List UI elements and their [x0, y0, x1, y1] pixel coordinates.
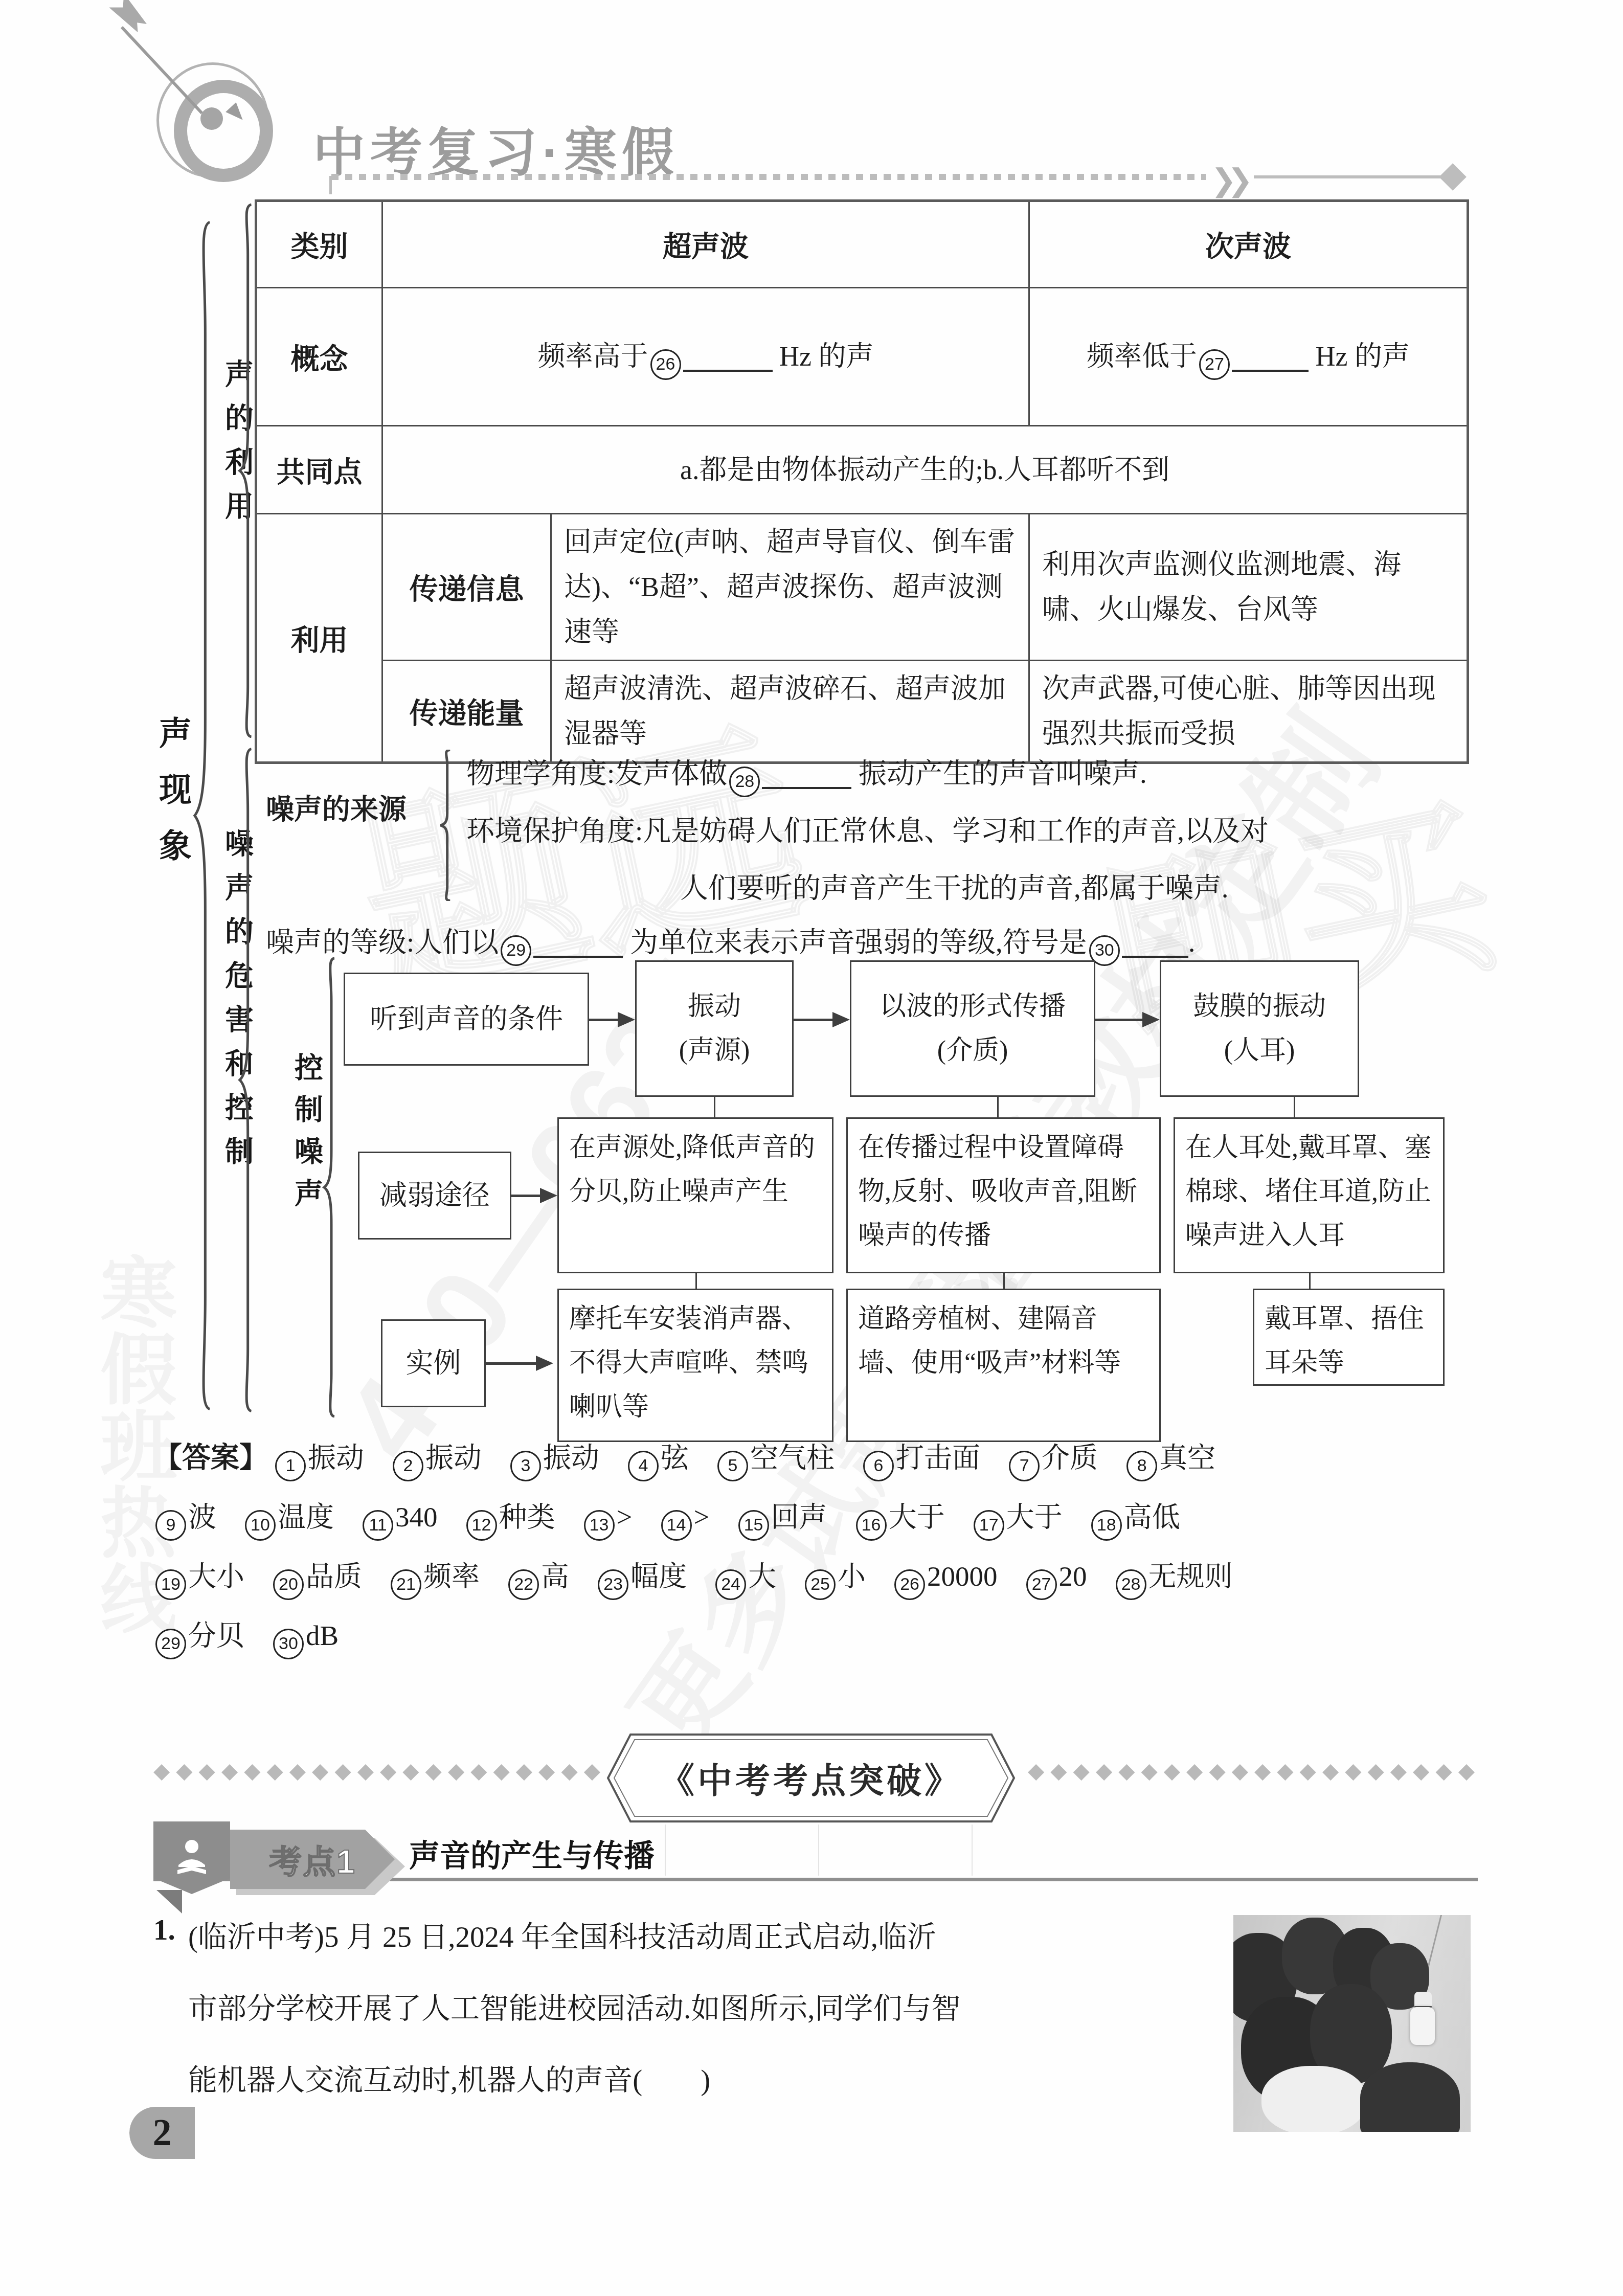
flow-arrow-line — [1095, 1019, 1146, 1021]
header-ultrasound: 超声波 — [382, 201, 1029, 288]
outline-root-brace — [190, 220, 213, 1411]
answer-item: 7介质 — [1007, 1442, 1098, 1473]
row-label-common: 共同点 — [256, 426, 382, 514]
flow-connector — [1309, 1273, 1311, 1289]
flow-wave-box: 以波的形式传播 (介质) — [850, 960, 1095, 1097]
noise-env-line2: 人们要听的声音产生干扰的声音,都属于噪声. — [680, 865, 1229, 906]
answer-item: 20品质 — [271, 1561, 362, 1592]
section-banner: 《 中考考点突破 》 — [606, 1732, 1016, 1824]
answer-item: 8真空 — [1124, 1442, 1215, 1473]
flow-at-source-box: 在声源处,降低声音的分贝,防止噪声产生 — [557, 1117, 833, 1273]
vibration-text: 振动 — [688, 985, 741, 1029]
header-infrasound: 次声波 — [1029, 201, 1468, 288]
flow-connector — [714, 1097, 715, 1117]
banner-right-mark: 》 — [925, 1753, 962, 1803]
label-transmit-energy: 传递能量 — [382, 661, 551, 763]
use-energy-infrasound-cell: 次声武器,可使心脏、肺等因出现强烈共振而受损 — [1029, 661, 1468, 763]
flow-arrowhead-icon — [540, 1188, 557, 1203]
workbook-page: 寒假班热线 400—0635 更多试题请看 志远教材定制 题远 即买 中考复习·… — [0, 0, 1623, 2296]
answers-line-1: 【答案】1振动2振动3振动4弦5空气柱6打击面7介质8真空 — [153, 1435, 1242, 1481]
row-label-use: 利用 — [256, 514, 382, 763]
flow-arrowhead-icon — [618, 1012, 635, 1027]
answer-item: 15回声 — [736, 1501, 827, 1533]
concept-infrasound-cell: 频率低于27 Hz 的声 — [1029, 288, 1468, 426]
concept-ultra-post: Hz 的声 — [779, 341, 873, 372]
use-info-ultrasound-cell: 回声定位(声呐、超声导盲仪、倒车雷达)、“B超”、超声波探伤、超声波测速等 — [551, 514, 1029, 661]
flow-weaken-box: 减弱途径 — [358, 1152, 511, 1240]
answer-item: 23幅度 — [596, 1561, 687, 1592]
banner-left-mark: 《 — [660, 1753, 697, 1803]
physics-pre: 物理学角度:发声体做 — [466, 758, 727, 789]
banner-diamonds-left: ◆◆◆◆◆◆◆◆◆◆◆◆◆◆◆◆◆◆◆◆◆◆◆ — [153, 1758, 603, 1783]
control-noise-brace — [321, 957, 336, 1417]
concept-infra-post: Hz 的声 — [1316, 341, 1410, 372]
photo-foreground-head — [1360, 2062, 1460, 2132]
answers-label: 【答案】 — [153, 1441, 268, 1473]
flow-example-box: 实例 — [381, 1319, 486, 1407]
flow-example-path-box: 道路旁植树、建隔音墙、使用“吸声”材料等 — [846, 1289, 1161, 1442]
flow-arrowhead-icon — [536, 1356, 553, 1371]
header-category: 类别 — [256, 201, 382, 288]
table-row: 利用 传递信息 回声定位(声呐、超声导盲仪、倒车雷达)、“B超”、超声波探伤、超… — [256, 514, 1468, 661]
circled-26: 26 — [650, 349, 681, 380]
flow-arrow-line — [486, 1362, 540, 1365]
question-line-3: 能机器人交流互动时,机器人的声音( ) — [188, 2057, 710, 2099]
header-chevrons-icon: ❯❯ — [1211, 163, 1244, 198]
faint-column-line — [818, 1825, 819, 1876]
flow-connector — [997, 1097, 999, 1117]
answer-item: 2振动 — [391, 1442, 482, 1473]
answer-item: 12种类 — [464, 1501, 555, 1533]
kaodian-badge-fold — [156, 1890, 182, 1914]
page-number-badge: 2 — [129, 2107, 195, 2159]
noise-harm-brace — [236, 748, 254, 1412]
answer-item: 4弦 — [626, 1442, 689, 1473]
concept-ultrasound-cell: 频率高于26 Hz 的声 — [382, 288, 1029, 426]
faint-column-line — [665, 1825, 666, 1876]
flow-arrowhead-icon — [1142, 1012, 1160, 1027]
eardrum-sub: (人耳) — [1224, 1029, 1295, 1073]
answer-item: 11340 — [360, 1501, 438, 1533]
answer-item: 3振动 — [508, 1442, 599, 1473]
question-line-1: (临沂中考)5 月 25 日,2024 年全国科技活动周正式启动,临沂 — [188, 1914, 936, 1955]
flow-at-ear-box: 在人耳处,戴耳罩、塞棉球、堵住耳道,防止噪声进入人耳 — [1174, 1117, 1445, 1273]
concept-ultra-pre: 频率高于 — [538, 341, 648, 372]
answer-item: 2620000 — [892, 1561, 998, 1592]
fill-blank — [1122, 951, 1188, 958]
target-middle-ring-icon — [174, 80, 273, 182]
banner-title-wrap: 《 中考考点突破 》 — [606, 1732, 1016, 1824]
table-row: 共同点 a.都是由物体振动产生的;b.人耳都听不到 — [256, 426, 1468, 514]
answer-item: 13> — [582, 1501, 633, 1533]
answer-item: 10温度 — [243, 1501, 334, 1533]
flow-example-ear-box: 戴耳罩、捂住耳朵等 — [1253, 1289, 1445, 1386]
noise-source-label: 噪声的来源 — [266, 786, 407, 827]
answer-item: 9波 — [153, 1501, 216, 1533]
header-dotted-rule — [331, 174, 1206, 180]
kaodian-title: 声音的产生与传播 — [409, 1832, 655, 1876]
answer-item: 2720 — [1024, 1561, 1087, 1592]
flow-connector — [1003, 1273, 1005, 1289]
level-end: . — [1188, 927, 1196, 958]
table-row: 概念 频率高于26 Hz 的声 频率低于27 Hz 的声 — [256, 288, 1468, 426]
answer-item: 28无规则 — [1114, 1561, 1233, 1592]
flow-connector — [1294, 1097, 1295, 1117]
vibration-sub: (声源) — [679, 1029, 750, 1073]
header-diamond-icon — [1439, 163, 1467, 191]
answer-item: 25小 — [803, 1561, 866, 1592]
label-transmit-info: 传递信息 — [382, 514, 551, 661]
fill-blank — [762, 782, 851, 789]
level-mid: 为单位来表示声音强弱的等级,符号是 — [630, 927, 1087, 958]
flow-example-source-box: 摩托车安装消声器、不得大声喧哗、禁鸣喇叭等 — [557, 1289, 833, 1442]
question-line-2: 市部分学校开展了人工智能进校园活动.如图所示,同学们与智 — [188, 1985, 961, 2027]
circled-29: 29 — [501, 935, 531, 966]
circled-28: 28 — [729, 767, 760, 797]
fill-blank — [683, 365, 773, 372]
noise-env-line1: 环境保护角度:凡是妨碍人们正常休息、学习和工作的声音,以及对 — [466, 808, 1269, 848]
wave-sub: (介质) — [937, 1029, 1008, 1073]
banner-title: 中考考点突破 — [697, 1753, 925, 1803]
answer-item: 21频率 — [389, 1561, 480, 1592]
wave-text: 以波的形式传播 — [880, 985, 1066, 1029]
target-dart-icon — [151, 57, 272, 180]
concept-infra-pre: 频率低于 — [1087, 341, 1197, 372]
flow-eardrum-box: 鼓膜的振动 (人耳) — [1160, 960, 1359, 1097]
page-number: 2 — [153, 2111, 172, 2155]
outline-root-label: 声现象 — [149, 716, 196, 885]
answer-item: 5空气柱 — [715, 1442, 835, 1473]
eardrum-text: 鼓膜的振动 — [1193, 985, 1326, 1029]
answer-item: 18高低 — [1089, 1501, 1180, 1533]
answers-line-4: 29分贝30dB — [153, 1613, 365, 1659]
flow-hearing-condition-box: 听到声音的条件 — [344, 973, 589, 1066]
use-info-infrasound-cell: 利用次声监测仪监测地震、海啸、火山爆发、台风等 — [1029, 514, 1468, 661]
answers-line-2: 9波10温度1134012种类13>14>15回声16大于17大于18高低 — [153, 1494, 1207, 1541]
kaodian-badge: 考点1 — [230, 1830, 395, 1889]
dart-fletching-icon — [109, 0, 150, 35]
table-row: 类别 超声波 次声波 — [256, 201, 1468, 288]
noise-level-line: 噪声的等级:人们以29 为单位来表示声音强弱的等级,符号是30. — [266, 919, 1196, 966]
answer-item: 24大 — [713, 1561, 776, 1592]
noise-physics-line: 物理学角度:发声体做28 振动产生的声音叫噪声. — [466, 751, 1147, 797]
flow-vibration-box: 振动 (声源) — [635, 960, 794, 1097]
level-pre: 噪声的等级:人们以 — [266, 927, 499, 958]
fill-blank — [533, 951, 623, 958]
faint-column-line — [972, 1825, 973, 1876]
header-arrow-line — [1254, 175, 1443, 178]
answers-line-3: 19大小20品质21频率22高23幅度24大25小2620000272028无规… — [153, 1554, 1259, 1600]
row-label-concept: 概念 — [256, 288, 382, 426]
flow-arrow-line — [589, 1019, 621, 1021]
common-points-cell: a.都是由物体振动产生的;b.人耳都听不到 — [382, 426, 1468, 514]
kaodian-badge-label: 考点1 — [269, 1836, 356, 1883]
flow-in-path-box: 在传播过程中设置障碍物,反射、吸收声音,阻断噪声的传播 — [846, 1117, 1161, 1273]
banner-diamonds-right: ◆◆◆◆◆◆◆◆◆◆◆◆◆◆◆◆◆◆◆◆◆◆◆ — [1028, 1758, 1478, 1783]
answer-item: 19大小 — [153, 1561, 244, 1592]
answer-item: 29分贝 — [153, 1620, 244, 1651]
answer-item: 16大于 — [854, 1501, 945, 1533]
flow-connector — [695, 1273, 697, 1289]
answer-item: 30dB — [271, 1620, 339, 1651]
answer-item: 17大于 — [972, 1501, 1063, 1533]
answer-item: 1振动 — [273, 1442, 364, 1473]
photo-robot-body — [1410, 2007, 1435, 2045]
flow-arrow-line — [794, 1019, 836, 1021]
photo-white-shirt — [1261, 2066, 1366, 2132]
use-energy-ultrasound-cell: 超声波清洗、超声波碎石、超声波加湿器等 — [551, 661, 1029, 763]
circled-27: 27 — [1199, 349, 1230, 380]
question-number: 1. — [153, 1914, 175, 1947]
table-row: 传递能量 超声波清洗、超声波碎石、超声波加湿器等 次声武器,可使心脏、肺等因出现… — [256, 661, 1468, 763]
sound-use-brace — [236, 204, 254, 738]
flow-arrow-line — [511, 1195, 544, 1197]
ultrasound-infrasound-table: 类别 超声波 次声波 概念 频率高于26 Hz 的声 频率低于27 Hz 的声 … — [255, 199, 1469, 764]
fill-blank — [1232, 365, 1309, 372]
target-bullseye-icon — [200, 107, 223, 130]
answer-item: 14> — [659, 1501, 710, 1533]
noise-source-brace — [438, 750, 452, 901]
question-photo — [1233, 1915, 1471, 2132]
reader-icon — [153, 1821, 230, 1894]
flow-arrowhead-icon — [832, 1012, 850, 1027]
answer-item: 6打击面 — [861, 1442, 980, 1473]
answer-item: 22高 — [506, 1561, 569, 1592]
physics-post: 振动产生的声音叫噪声. — [859, 758, 1147, 789]
